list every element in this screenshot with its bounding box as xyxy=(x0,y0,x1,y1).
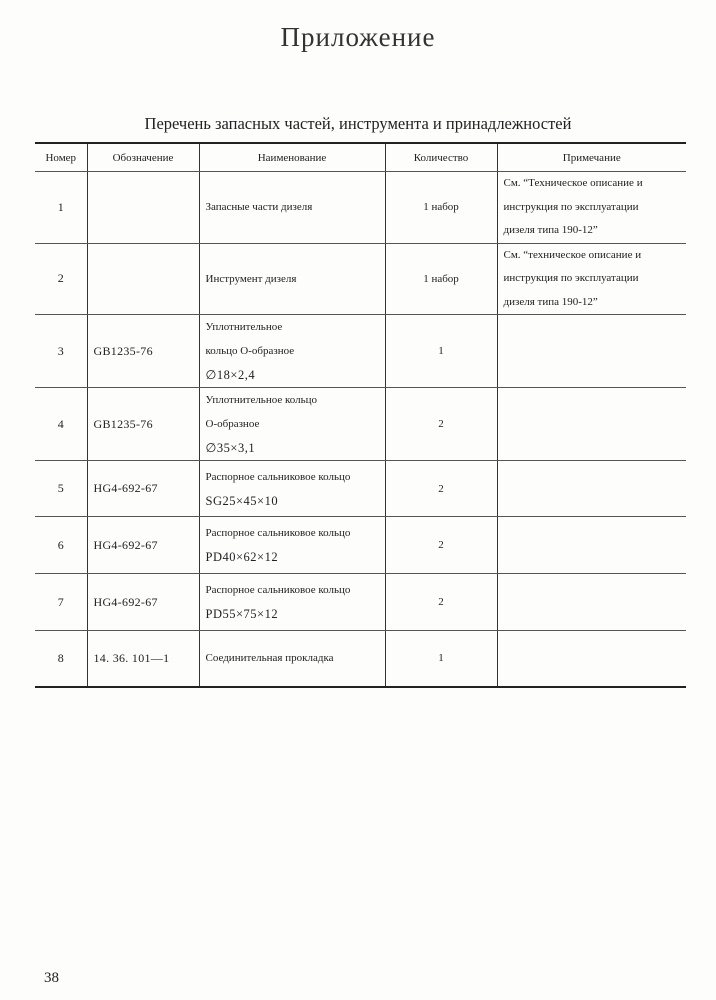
name-line: PD55×75×12 xyxy=(206,602,379,626)
header-name: Наименование xyxy=(199,143,385,172)
header-number: Номер xyxy=(35,143,87,172)
name-line: Уплотнительное xyxy=(206,315,379,339)
cell-note xyxy=(497,574,686,631)
name-line: ∅35×3,1 xyxy=(206,436,379,460)
cell-quantity: 2 xyxy=(385,388,497,461)
table-row: 2Инструмент дизеля1 наборСм. “техническо… xyxy=(35,243,686,315)
cell-number: 4 xyxy=(35,388,87,461)
page-title: Приложение xyxy=(0,22,716,53)
cell-designation: HG4-692-67 xyxy=(87,461,199,517)
table-row: 7HG4-692-67Распорное сальниковое кольцоP… xyxy=(35,574,686,631)
table-row: 814. 36. 101—1Соединительная прокладка1 xyxy=(35,631,686,687)
cell-note xyxy=(497,461,686,517)
cell-number: 3 xyxy=(35,315,87,388)
table-row: 4GB1235-76Уплотнительное кольцоО-образно… xyxy=(35,388,686,461)
cell-quantity: 2 xyxy=(385,517,497,574)
cell-name: Распорное сальниковое кольцоSG25×45×10 xyxy=(199,461,385,517)
name-line: О-образное xyxy=(206,412,379,436)
note-line: дизеля типа 190-12” xyxy=(504,291,681,315)
name-line: Уплотнительное кольцо xyxy=(206,388,379,412)
cell-designation: HG4-692-67 xyxy=(87,574,199,631)
cell-name: Соединительная прокладка xyxy=(199,631,385,687)
name-line: Запасные части дизеля xyxy=(206,195,379,219)
cell-number: 8 xyxy=(35,631,87,687)
name-line: ∅18×2,4 xyxy=(206,363,379,387)
note-line: дизеля типа 190-12” xyxy=(504,219,681,243)
cell-quantity: 2 xyxy=(385,574,497,631)
table-caption: Перечень запасных частей, инструмента и … xyxy=(0,114,716,134)
cell-designation: HG4-692-67 xyxy=(87,517,199,574)
name-line: Инструмент дизеля xyxy=(206,267,379,291)
cell-name: Уплотнительноекольцо О-образное∅18×2,4 xyxy=(199,315,385,388)
cell-note xyxy=(497,315,686,388)
cell-designation: GB1235-76 xyxy=(87,388,199,461)
cell-designation xyxy=(87,172,199,244)
header-note: Примечание xyxy=(497,143,686,172)
name-line: SG25×45×10 xyxy=(206,489,379,513)
table-row: 3GB1235-76Уплотнительноекольцо О-образно… xyxy=(35,315,686,388)
table-row: 5HG4-692-67Распорное сальниковое кольцоS… xyxy=(35,461,686,517)
note-line: См. “Техническое описание и xyxy=(504,172,681,196)
cell-note: См. “Техническое описание иинструкция по… xyxy=(497,172,686,244)
spare-parts-table: Номер Обозначение Наименование Количеств… xyxy=(35,142,686,688)
cell-designation: 14. 36. 101—1 xyxy=(87,631,199,687)
cell-number: 5 xyxy=(35,461,87,517)
cell-name: Запасные части дизеля xyxy=(199,172,385,244)
cell-number: 2 xyxy=(35,243,87,315)
header-designation: Обозначение xyxy=(87,143,199,172)
cell-name: Инструмент дизеля xyxy=(199,243,385,315)
note-line: инструкция по эксплуатации xyxy=(504,267,681,291)
cell-number: 1 xyxy=(35,172,87,244)
table-row: 6HG4-692-67Распорное сальниковое кольцоP… xyxy=(35,517,686,574)
table-body: 1Запасные части дизеля1 наборСм. “Технич… xyxy=(35,172,686,687)
page-number: 38 xyxy=(44,970,59,987)
cell-quantity: 1 xyxy=(385,315,497,388)
header-quantity: Количество xyxy=(385,143,497,172)
cell-quantity: 1 набор xyxy=(385,243,497,315)
name-line: Распорное сальниковое кольцо xyxy=(206,465,379,489)
table-row: 1Запасные части дизеля1 наборСм. “Технич… xyxy=(35,172,686,244)
cell-note xyxy=(497,631,686,687)
cell-name: Распорное сальниковое кольцоPD40×62×12 xyxy=(199,517,385,574)
cell-note xyxy=(497,517,686,574)
cell-designation xyxy=(87,243,199,315)
name-line: PD40×62×12 xyxy=(206,545,379,569)
name-line: Распорное сальниковое кольцо xyxy=(206,521,379,545)
cell-quantity: 2 xyxy=(385,461,497,517)
name-line: Распорное сальниковое кольцо xyxy=(206,578,379,602)
cell-quantity: 1 набор xyxy=(385,172,497,244)
cell-note: См. “техническое описание иинструкция по… xyxy=(497,243,686,315)
cell-name: Уплотнительное кольцоО-образное∅35×3,1 xyxy=(199,388,385,461)
cell-note xyxy=(497,388,686,461)
cell-name: Распорное сальниковое кольцоPD55×75×12 xyxy=(199,574,385,631)
table-header-row: Номер Обозначение Наименование Количеств… xyxy=(35,143,686,172)
note-line: См. “техническое описание и xyxy=(504,244,681,268)
note-line: инструкция по эксплуатации xyxy=(504,196,681,220)
cell-designation: GB1235-76 xyxy=(87,315,199,388)
cell-number: 6 xyxy=(35,517,87,574)
name-line: кольцо О-образное xyxy=(206,339,379,363)
cell-number: 7 xyxy=(35,574,87,631)
cell-quantity: 1 xyxy=(385,631,497,687)
name-line: Соединительная прокладка xyxy=(206,646,379,670)
